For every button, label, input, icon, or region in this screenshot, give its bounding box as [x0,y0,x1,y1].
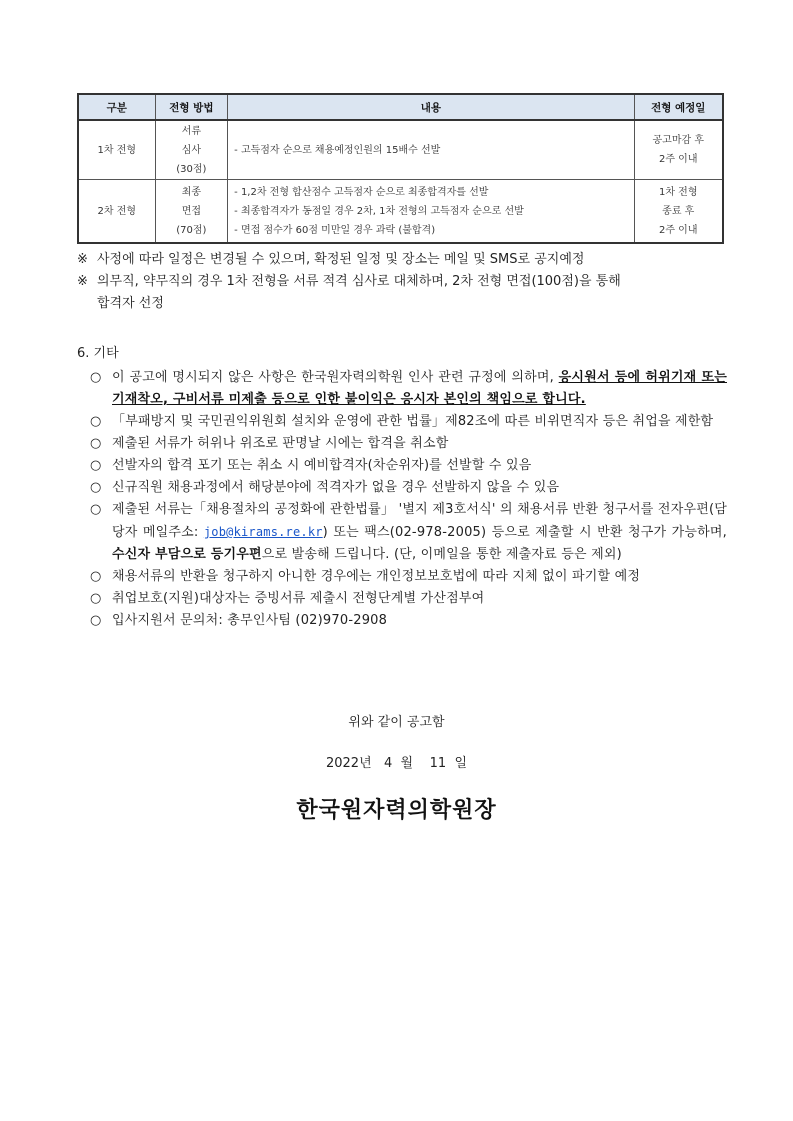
table-row: 2차 전형 최종 면접 (70점) - 1,2차 전형 합산점수 고득점자 순으… [78,180,723,244]
method-line: 최종 [156,183,228,202]
header-method: 전형 방법 [155,94,228,120]
content-cell: - 1,2차 전형 합산점수 고득점자 순으로 최종합격자를 선발 - 최종합격… [228,180,634,244]
list-item: ○ 이 공고에 명시되지 않은 사항은 한국원자력의학원 인사 관련 규정에 의… [77,367,727,411]
circle-bullet-icon: ○ [90,455,112,477]
note-text: 사정에 따라 일정은 변경될 수 있으며, 확정된 일정 및 장소는 메일 및 … [97,249,584,271]
content-line: - 고득점자 순으로 채용예정인원의 15배수 선발 [234,141,633,160]
item-text: 제출된 서류가 허위나 위조로 판명날 시에는 합격을 취소함 [112,433,727,455]
reference-mark-icon: ※ [77,249,97,271]
list-item: ○ 취업보호(지원)대상자는 증빙서류 제출시 전형단계별 가산점부여 [77,588,727,610]
item-text: 선발자의 합격 포기 또는 취소 시 예비합격자(차순위자)를 선발할 수 있음 [112,455,727,477]
list-item: ○ 제출된 서류가 허위나 위조로 판명날 시에는 합격을 취소함 [77,433,727,455]
method-line: (70점) [156,221,228,240]
circle-bullet-icon: ○ [90,610,112,632]
schedule-cell: 1차 전형 종료 후 2주 이내 [634,180,723,244]
item-text: 취업보호(지원)대상자는 증빙서류 제출시 전형단계별 가산점부여 [112,588,727,610]
method-line: 서류 [156,122,228,141]
method-cell: 서류 심사 (30점) [155,120,228,180]
schedule-line: 2주 이내 [635,150,722,169]
item-text: 채용서류의 반환을 청구하지 아니한 경우에는 개인정보보호법에 따라 지체 없… [112,566,727,588]
selection-process-table: 구분 전형 방법 내용 전형 예정일 1차 전형 서류 심사 (30점) - 고… [77,93,724,244]
notes-block: ※ 사정에 따라 일정은 변경될 수 있으며, 확정된 일정 및 장소는 메일 … [77,249,727,315]
circle-bullet-icon: ○ [90,367,112,411]
circle-bullet-icon: ○ [90,499,112,566]
content-cell: - 고득점자 순으로 채용예정인원의 15배수 선발 [228,120,634,180]
schedule-cell: 공고마감 후 2주 이내 [634,120,723,180]
schedule-line: 2주 이내 [635,221,722,240]
item-text: 이 공고에 명시되지 않은 사항은 한국원자력의학원 인사 관련 규정에 의하며… [112,370,559,385]
closing-statement: 위와 같이 공고함 [0,711,793,730]
content-line: - 최종합격자가 동점일 경우 2차, 1차 전형의 고득점자 순으로 선발 [234,202,633,221]
section-other: 6. 기타 ○ 이 공고에 명시되지 않은 사항은 한국원자력의학원 인사 관련… [77,343,727,632]
content-line: - 면접 점수가 60점 미만일 경우 과락 (불합격) [234,221,633,240]
list-item: ○ 선발자의 합격 포기 또는 취소 시 예비합격자(차순위자)를 선발할 수 … [77,455,727,477]
schedule-line: 공고마감 후 [635,131,722,150]
header-schedule: 전형 예정일 [634,94,723,120]
announcement-date: 2022년 4 월 11 일 [0,752,793,771]
circle-bullet-icon: ○ [90,566,112,588]
stage-cell: 2차 전형 [78,180,155,244]
circle-bullet-icon: ○ [90,588,112,610]
note-item: ※ 의무직, 약무직의 경우 1차 전형을 서류 적격 심사로 대체하며, 2차… [77,271,727,293]
content-line: - 1,2차 전형 합산점수 고득점자 순으로 최종합격자를 선발 [234,183,633,202]
signature-title: 한국원자력의학원장 [0,793,793,824]
table-header-row: 구분 전형 방법 내용 전형 예정일 [78,94,723,120]
item-text: 입사지원서 문의처: 총무인사팀 (02)970-2908 [112,610,727,632]
item-text: 「부패방지 및 국민권익위원회 설치와 운영에 관한 법률」제82조에 따른 비… [112,411,727,433]
schedule-line: 종료 후 [635,202,722,221]
item-text: 신규직원 채용과정에서 해당분야에 적격자가 없을 경우 선발하지 않을 수 있… [112,477,727,499]
method-cell: 최종 면접 (70점) [155,180,228,244]
list-item: ○ 제출된 서류는「채용절차의 공정화에 관한법률」 '별지 제3호서식' 의 … [77,499,727,566]
section-title: 6. 기타 [77,343,727,365]
circle-bullet-icon: ○ [90,477,112,499]
emphasized-text: 수신자 부담으로 등기우편 [112,547,262,562]
note-text: 의무직, 약무직의 경우 1차 전형을 서류 적격 심사로 대체하며, 2차 전… [97,271,621,293]
table-row: 1차 전형 서류 심사 (30점) - 고득점자 순으로 채용예정인원의 15배… [78,120,723,180]
header-content: 내용 [228,94,634,120]
list-item: ○ 채용서류의 반환을 청구하지 아니한 경우에는 개인정보보호법에 따라 지체… [77,566,727,588]
stage-cell: 1차 전형 [78,120,155,180]
method-line: 심사 [156,141,228,160]
document-page: 구분 전형 방법 내용 전형 예정일 1차 전형 서류 심사 (30점) - 고… [0,0,793,1121]
circle-bullet-icon: ○ [90,433,112,455]
note-continuation: 합격자 선정 [77,293,727,315]
schedule-line: 1차 전형 [635,183,722,202]
header-category: 구분 [78,94,155,120]
reference-mark-icon: ※ [77,271,97,293]
method-line: 면접 [156,202,228,221]
method-line: (30점) [156,160,228,179]
list-item: ○ 「부패방지 및 국민권익위원회 설치와 운영에 관한 법률」제82조에 따른… [77,411,727,433]
list-item: ○ 입사지원서 문의처: 총무인사팀 (02)970-2908 [77,610,727,632]
item-text: ) 또는 팩스(02-978-2005) 등으로 제출할 시 반환 청구가 가능… [323,525,727,540]
note-item: ※ 사정에 따라 일정은 변경될 수 있으며, 확정된 일정 및 장소는 메일 … [77,249,727,271]
list-item: ○ 신규직원 채용과정에서 해당분야에 적격자가 없을 경우 선발하지 않을 수… [77,477,727,499]
circle-bullet-icon: ○ [90,411,112,433]
item-text: 으로 발송해 드립니다. (단, 이메일을 통한 제출자료 등은 제외) [262,547,622,562]
email-link[interactable]: job@kirams.re.kr [204,525,323,539]
